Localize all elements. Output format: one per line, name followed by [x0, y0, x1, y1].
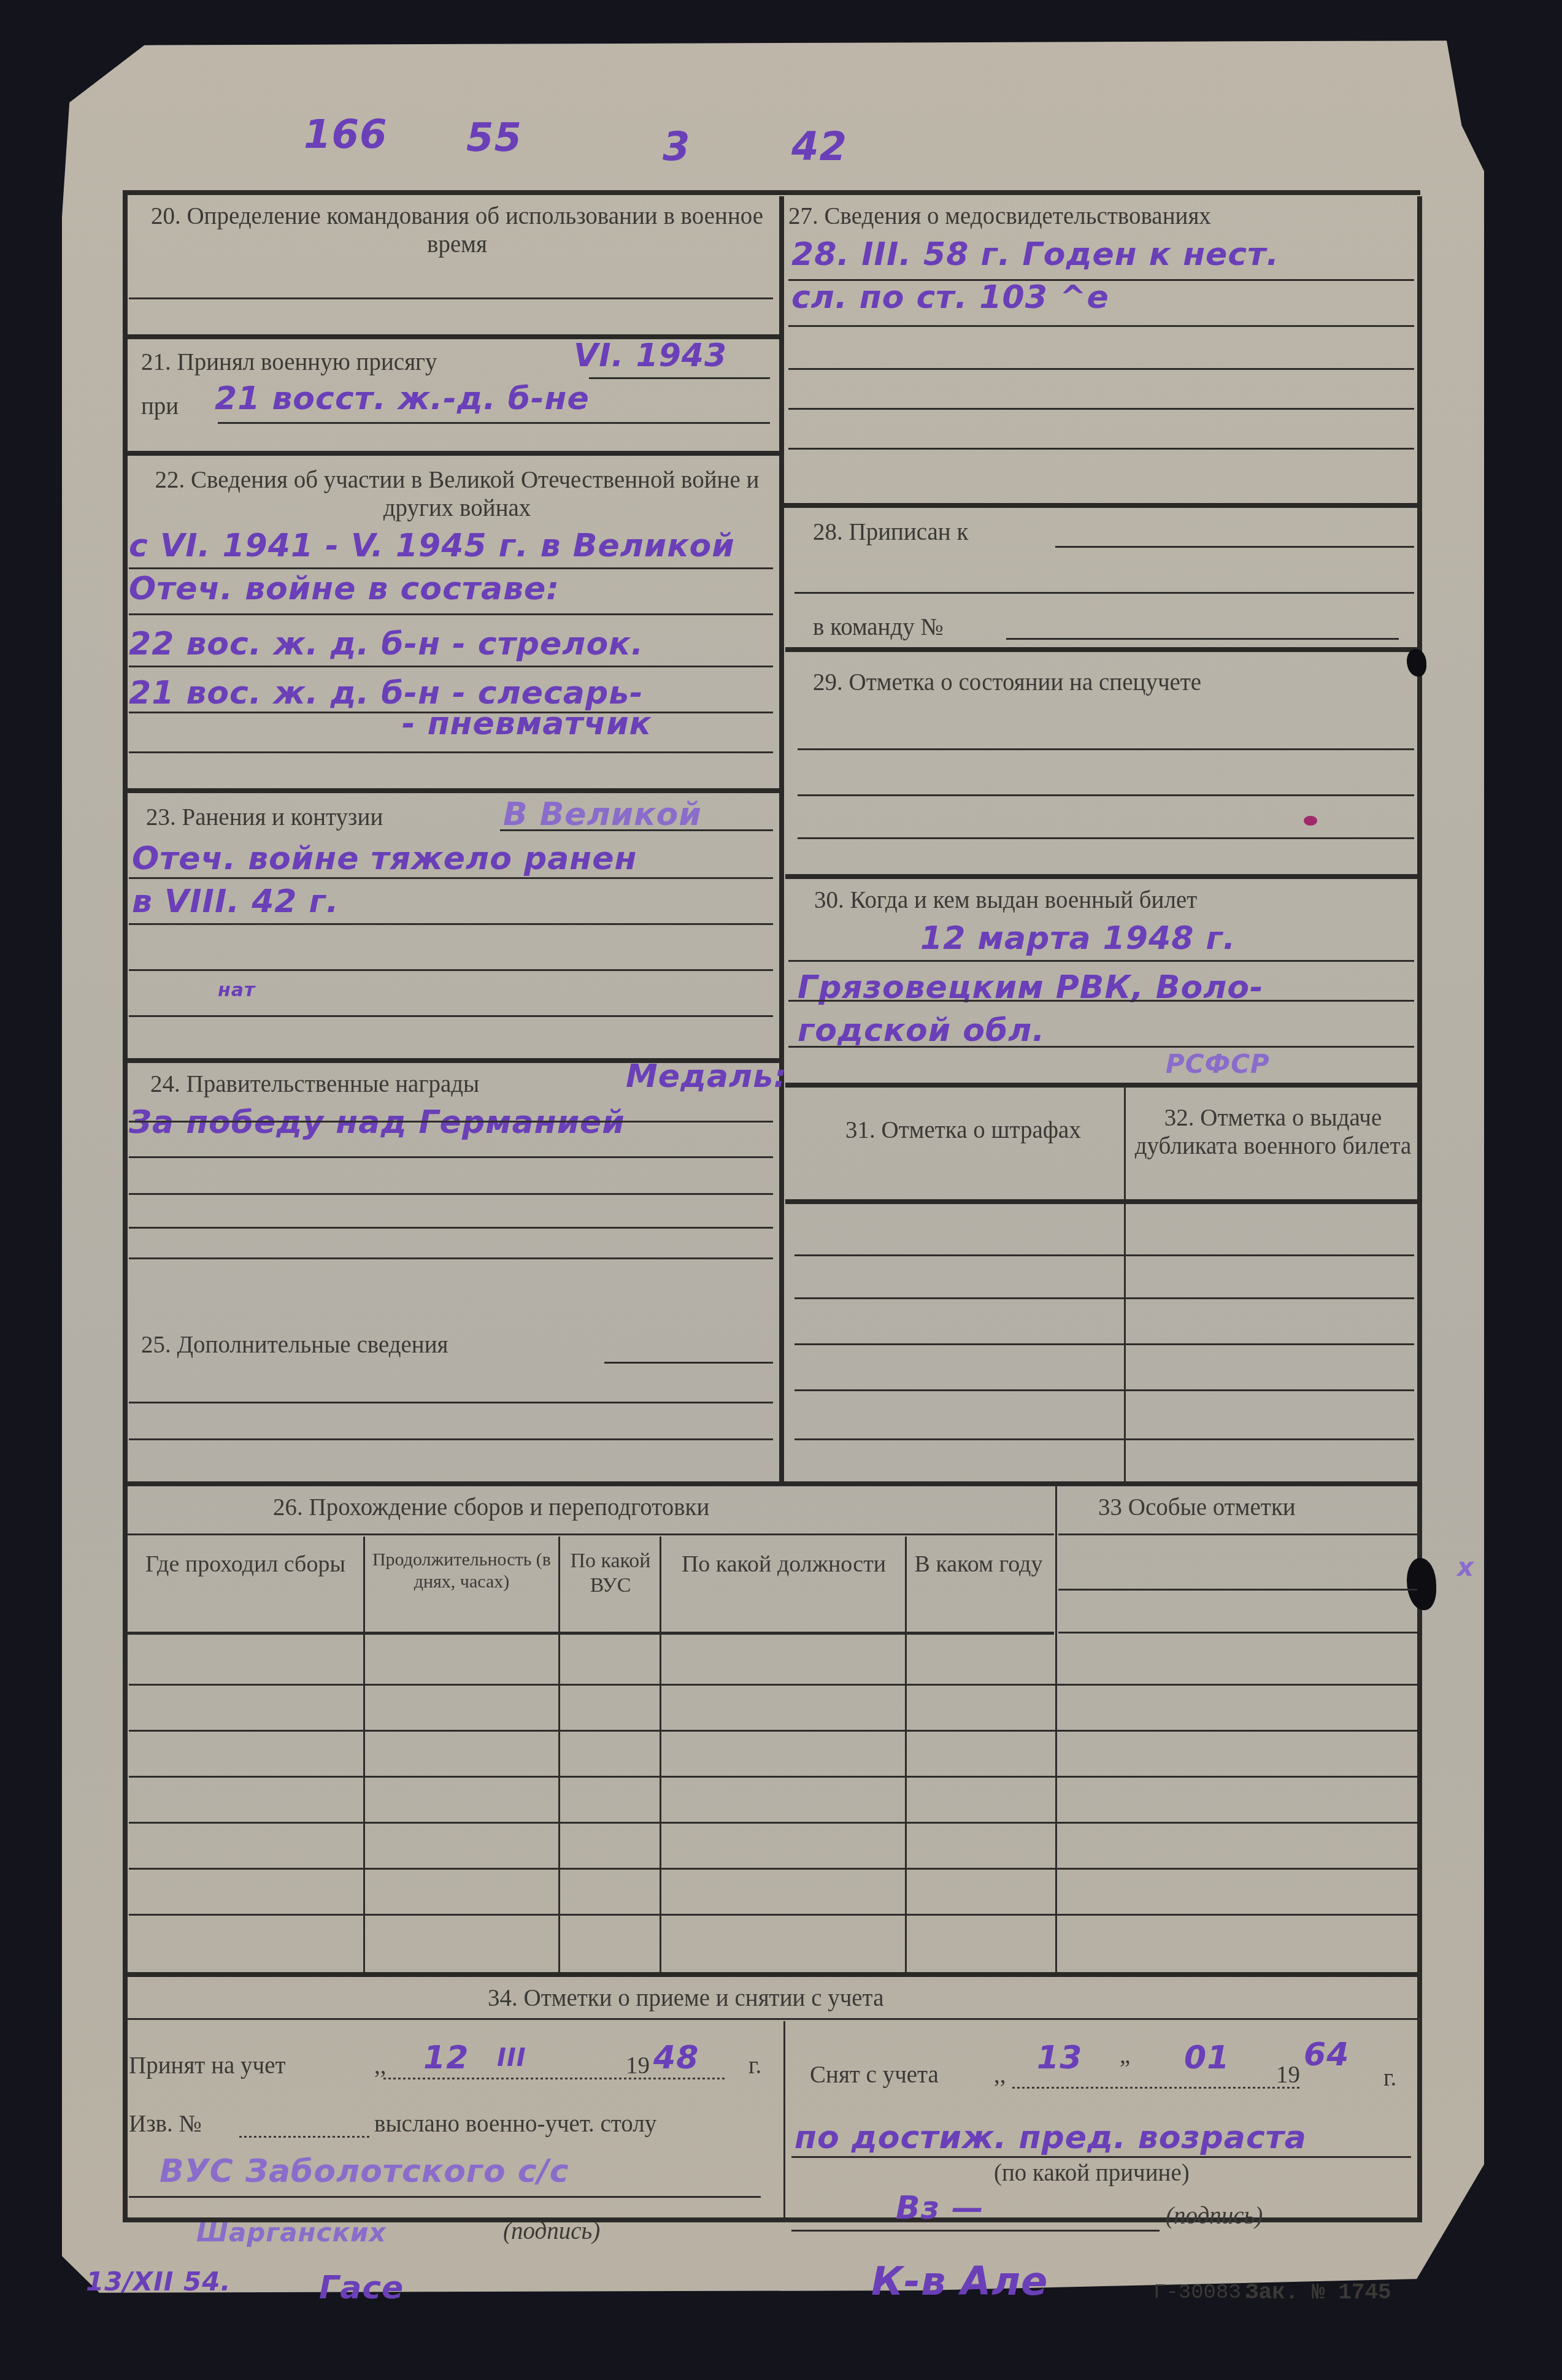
section-22-label: 22. Сведения об участии в Великой Отечес…	[141, 466, 773, 523]
wounds-line-1[interactable]: В Великой	[503, 796, 702, 833]
section-31-label: 31. Отметка о штрафах	[816, 1116, 1110, 1145]
print-code: Г-30083.	[1153, 2279, 1253, 2307]
table-row	[129, 1822, 1417, 1824]
section-divider	[785, 874, 1417, 879]
removed-year-prefix: 19	[1276, 2061, 1300, 2089]
frame-top	[123, 190, 1420, 195]
date-dotted-line	[383, 2078, 727, 2079]
footer-initials: Гасе	[319, 2270, 404, 2306]
accepted-month[interactable]: III	[497, 2040, 526, 2076]
rule	[129, 923, 773, 925]
rule	[794, 1254, 1414, 1256]
section-divider	[128, 1972, 1422, 1977]
accepted-label: Принят на учет	[129, 2052, 286, 2080]
war-participation-line-5[interactable]: - пневматчик	[402, 705, 652, 742]
column-divider	[558, 1537, 560, 1972]
rule	[129, 666, 773, 667]
rule	[1055, 546, 1414, 548]
column-divider	[783, 2021, 785, 2217]
column-divider	[660, 1537, 661, 1972]
removed-reason-label: (по какой причине)	[994, 2159, 1190, 2187]
section-28-label: 28. Приписан к	[813, 518, 968, 547]
table-row	[129, 1730, 1417, 1732]
table-row	[129, 1776, 1417, 1778]
section-divider	[782, 503, 1420, 508]
table-row	[129, 1914, 1417, 1916]
oath-date[interactable]: VI. 1943	[574, 337, 727, 374]
col-header-duration: Продолжительность (в днях, часах)	[365, 1549, 558, 1593]
removed-year-suffix: г.	[1383, 2064, 1396, 2092]
id-issued-line-4[interactable]: РСФСР	[1166, 1046, 1270, 1083]
quote-mark: ,,	[374, 2052, 387, 2080]
accepted-year-prefix: 19	[626, 2052, 650, 2080]
removed-day[interactable]: 13	[1037, 2040, 1082, 2076]
col-header-year: В каком году	[908, 1552, 1049, 1576]
accepted-year[interactable]: 48	[653, 2040, 699, 2076]
rule	[791, 2156, 1411, 2158]
rule	[1058, 1589, 1417, 1591]
accepted-signature-label: (подпись)	[503, 2217, 600, 2246]
section-30-label: 30. Когда и кем выдан военный билет	[814, 886, 1197, 915]
section-27-label: 27. Сведения о медосвидетельствованиях	[788, 202, 1211, 231]
rule	[794, 1343, 1414, 1345]
notification-number-label: Изв. №	[129, 2110, 202, 2138]
section-28-team-label: в команду №	[813, 613, 944, 642]
section-divider	[128, 451, 779, 456]
ink-stain	[1304, 816, 1317, 826]
rule	[500, 829, 773, 831]
accepted-year-suffix: г.	[748, 2052, 761, 2080]
column-divider	[1055, 1484, 1057, 1972]
section-21-label: 21. Принял военную присягу	[141, 348, 437, 377]
rule	[1058, 1534, 1420, 1535]
rule	[129, 297, 773, 299]
column-divider	[363, 1537, 365, 1972]
col-header-vus: По какой ВУС	[561, 1549, 660, 1598]
section-divider	[785, 647, 1417, 652]
number-dotted-line	[239, 2136, 371, 2138]
rule	[791, 2230, 1160, 2232]
wounds-faint-mark: нат	[218, 972, 255, 1009]
rule	[129, 567, 773, 569]
removed-label: Снят с учета	[810, 2061, 939, 2089]
center-divider	[779, 196, 784, 1484]
frame-right	[1417, 196, 1422, 2221]
accepted-signature[interactable]: Шарганских	[196, 2214, 387, 2251]
rule	[788, 1046, 1414, 1048]
rule	[129, 2196, 761, 2198]
wounds-line-3[interactable]: в VIII. 42 г.	[132, 883, 339, 920]
awards-line-1[interactable]: Медаль:	[626, 1058, 787, 1095]
header-number-3: 3	[663, 129, 691, 166]
id-issued-line-1[interactable]: 12 марта 1948 г.	[920, 920, 1236, 957]
medical-exam-line-2[interactable]: сл. по ст. 103 ^е	[791, 279, 1109, 316]
rule	[798, 837, 1414, 839]
rule	[604, 1362, 773, 1364]
removed-signature[interactable]: Вз —	[896, 2190, 984, 2227]
rule	[798, 794, 1414, 796]
footer-date: 13/XII 54.	[86, 2263, 231, 2300]
footer-signature: К-в Але	[871, 2263, 1048, 2300]
removed-reason[interactable]: по достиж. пред. возраста	[794, 2119, 1307, 2156]
id-issued-line-3[interactable]: годской обл.	[798, 1012, 1045, 1049]
rule	[218, 422, 770, 424]
rule	[129, 1015, 773, 1017]
col-header-position: По какой должности	[663, 1552, 905, 1576]
column-divider	[1124, 1086, 1126, 1481]
table-row	[129, 1684, 1417, 1686]
section-divider	[128, 1481, 1422, 1486]
section-23-label: 23. Ранения и контузии	[146, 804, 383, 832]
section-26-label: 26. Прохождение сборов и переподготовки	[273, 1494, 709, 1522]
rule	[788, 448, 1414, 450]
medical-exam-line-1[interactable]: 28. III. 58 г. Годен к нест.	[791, 236, 1279, 273]
column-divider	[905, 1537, 907, 1972]
order-number: Зак. № 1745	[1245, 2279, 1391, 2307]
section-34-label: 34. Отметки о приеме и снятии с учета	[488, 1984, 883, 2013]
rule	[794, 592, 1414, 594]
rule	[129, 1121, 773, 1123]
awards-line-2[interactable]: За победу над Германией	[129, 1104, 625, 1141]
section-24-label: 24. Правительственные награды	[150, 1070, 479, 1099]
quote-mark: ,,	[994, 2061, 1006, 2089]
rule	[128, 1534, 1054, 1535]
rule	[1058, 1632, 1417, 1633]
rule	[129, 1193, 773, 1195]
header-number-4: 42	[791, 129, 847, 166]
rule	[794, 1389, 1414, 1391]
rule	[129, 969, 773, 971]
accepted-day[interactable]: 12	[423, 2040, 469, 2076]
rule	[129, 1156, 773, 1158]
sent-to-label: выслано военно-учет. столу	[374, 2110, 656, 2138]
rule	[794, 1297, 1414, 1299]
rule	[798, 748, 1414, 750]
rule	[788, 325, 1414, 327]
oath-unit[interactable]: 21 восст. ж.-д. б-не	[215, 380, 590, 417]
rule	[788, 408, 1414, 410]
table-row	[129, 1868, 1417, 1870]
section-29-label: 29. Отметка о состоянии на спецучете	[813, 669, 1201, 697]
header-underline	[128, 1632, 1054, 1635]
section-32-label: 32. Отметка о выдаче дубликата военного …	[1129, 1104, 1417, 1161]
rule	[129, 1438, 773, 1440]
rule	[129, 1257, 773, 1259]
rule	[129, 1402, 773, 1403]
rule	[788, 960, 1414, 962]
rule	[129, 1227, 773, 1229]
rule	[589, 377, 770, 379]
rule	[1006, 638, 1399, 640]
rule	[788, 368, 1414, 370]
quote-mark: ”	[1120, 2055, 1130, 2083]
rule	[129, 877, 773, 879]
section-divider	[128, 788, 779, 793]
section-21-prefix: при	[141, 393, 179, 421]
section-20-label: 20. Определение командования об использо…	[147, 202, 767, 259]
accepted-office[interactable]: ВУС Заболотского с/с	[160, 2153, 569, 2190]
rule	[788, 1000, 1414, 1002]
section-divider	[785, 1199, 1417, 1204]
section-33-label: 33 Особые отметки	[1098, 1494, 1296, 1522]
header-number-1: 166	[304, 117, 388, 153]
wounds-line-2[interactable]: Отеч. войне тяжело ранен	[132, 840, 637, 877]
rule	[128, 2018, 1422, 2020]
rule	[129, 613, 773, 615]
removed-signature-label: (подпись)	[1166, 2202, 1263, 2230]
war-participation-line-1[interactable]: с VI. 1941 - V. 1945 г. в Великой	[129, 528, 735, 564]
section-25-label: 25. Дополнительные сведения	[141, 1331, 448, 1359]
document-paper	[25, 34, 1522, 2325]
col-header-where: Где проходил сборы	[129, 1552, 362, 1576]
section-divider	[785, 1083, 1417, 1088]
date-dotted-line	[1012, 2087, 1301, 2089]
rule	[794, 1438, 1414, 1440]
war-participation-line-2[interactable]: Отеч. войне в составе:	[129, 570, 560, 607]
rule	[129, 751, 773, 753]
removed-month[interactable]: 01	[1184, 2040, 1229, 2076]
frame-left	[123, 190, 128, 2221]
header-number-2: 55	[466, 120, 522, 156]
removed-year[interactable]: 64	[1304, 2036, 1349, 2073]
war-participation-line-3[interactable]: 22 вос. ж. д. б-н - стрелок.	[129, 626, 644, 662]
special-mark: x	[1457, 1549, 1474, 1586]
